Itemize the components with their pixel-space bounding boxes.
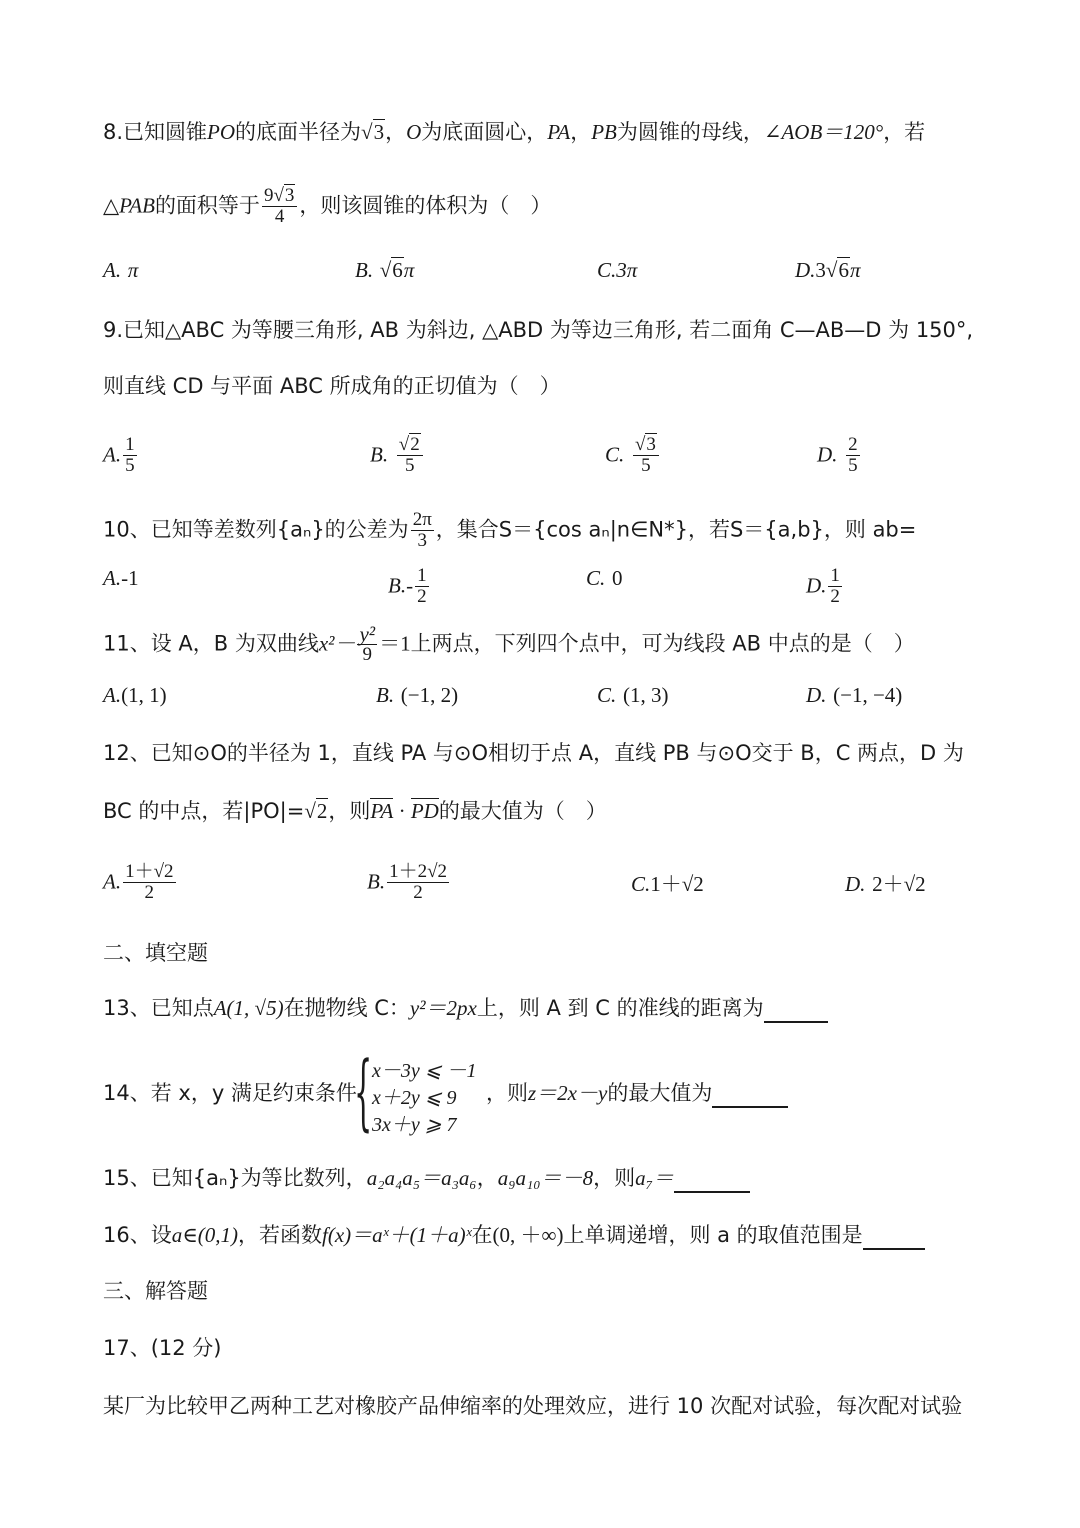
option-label: A. bbox=[103, 870, 121, 894]
math: ∠AOB＝120° bbox=[764, 120, 883, 144]
fraction: 2π3 bbox=[411, 510, 434, 551]
radicand: 6 bbox=[391, 257, 404, 282]
numerator: y² bbox=[357, 624, 377, 645]
q14-line: 14、若 x，y 满足约束条件 bbox=[103, 1078, 357, 1108]
q17-header: 17、(12 分) bbox=[103, 1333, 222, 1363]
option-label: B. bbox=[388, 574, 406, 598]
dot-operator: · bbox=[393, 799, 411, 823]
text: 11、设 A，B 为双曲线 bbox=[103, 632, 319, 656]
math: a₉a₁₀＝－8 bbox=[498, 1166, 593, 1190]
q12-option-a: A.1＋√22 bbox=[103, 862, 178, 903]
text: ，则 bbox=[593, 1166, 635, 1190]
q9-option-d: D. 25 bbox=[817, 435, 862, 476]
q13-line: 13、已知点A(1, √5)在抛物线 C：y²＝2px上，则 A 到 C 的准线… bbox=[103, 993, 828, 1023]
math: PA bbox=[547, 120, 570, 144]
text: 的最大值为（ ） bbox=[439, 799, 607, 823]
q9-line1: 9.已知△ABC 为等腰三角形, AB 为斜边, △ABD 为等边三角形, 若二… bbox=[103, 315, 973, 345]
option-value: 3π bbox=[616, 258, 637, 282]
denominator: 2 bbox=[828, 587, 842, 607]
math: PO bbox=[207, 120, 235, 144]
vector-pd: PD bbox=[411, 798, 439, 823]
text: 13、已知点 bbox=[103, 996, 214, 1020]
radicand: 3 bbox=[284, 184, 296, 206]
option-value: -1 bbox=[121, 566, 139, 590]
answer-blank[interactable] bbox=[764, 999, 828, 1023]
text: ， bbox=[570, 120, 591, 144]
option-value: 0 bbox=[612, 566, 623, 590]
option-value: π bbox=[850, 258, 861, 282]
q16-line: 16、设a∈(0,1)，若函数f(x)＝aˣ＋(1＋a)ˣ在(0, ＋∞)上单调… bbox=[103, 1220, 925, 1250]
q17-line1: 某厂为比较甲乙两种工艺对橡胶产品伸缩率的处理效应，进行 10 次配对试验，每次配… bbox=[103, 1391, 962, 1421]
denominator: 9 bbox=[361, 645, 375, 665]
radicand: 3 bbox=[373, 119, 386, 144]
option-label: D. bbox=[817, 443, 837, 467]
section-heading-solve: 三、解答题 bbox=[103, 1276, 208, 1306]
option-value: π bbox=[128, 258, 139, 282]
text: 上，则 A 到 C 的准线的距离为 bbox=[477, 996, 764, 1020]
option-value: 2＋√2 bbox=[872, 872, 926, 896]
math: A(1, √5) bbox=[214, 996, 284, 1020]
option-label: A. bbox=[103, 443, 121, 467]
q8-option-a: A. π bbox=[103, 258, 138, 283]
denominator: 2 bbox=[411, 883, 425, 903]
q12-option-c: C.1＋√2 bbox=[631, 868, 704, 898]
option-label: D. bbox=[806, 683, 826, 707]
text: ，则 bbox=[486, 1081, 528, 1105]
q10-option-d: D.12 bbox=[806, 566, 844, 607]
option-label: D. bbox=[845, 872, 865, 896]
radicand: 6 bbox=[837, 257, 850, 282]
math: y²＝2px bbox=[410, 996, 477, 1020]
option-label: B. bbox=[355, 258, 373, 282]
section-heading-fill-in: 二、填空题 bbox=[103, 938, 208, 968]
q9-line2: 则直线 CD 与平面 ABC 所成角的正切值为（ ） bbox=[103, 371, 561, 401]
q10-line: 10、已知等差数列{aₙ}的公差为2π3，集合S＝{cos aₙ|n∈N*}，若… bbox=[103, 510, 916, 551]
q14-tail: ，则z＝2x－y的最大值为 bbox=[486, 1078, 788, 1108]
text: 在抛物线 C： bbox=[284, 996, 410, 1020]
denominator: 2 bbox=[143, 883, 157, 903]
q11-option-d: D. (−1, −4) bbox=[806, 683, 902, 708]
text: 16、设 bbox=[103, 1223, 172, 1247]
option-value: (1, 3) bbox=[623, 683, 669, 707]
q8-option-b: B. √6π bbox=[355, 258, 414, 283]
numerator: 9√3 bbox=[262, 186, 297, 207]
denominator: 5 bbox=[639, 456, 653, 476]
text: ，若函数 bbox=[238, 1223, 322, 1247]
text: 为圆锥的母线， bbox=[617, 120, 764, 144]
math: a₂a₄a₅＝a₃a₆ bbox=[367, 1166, 477, 1190]
text: ，若 bbox=[883, 120, 925, 144]
math: f(x)＝aˣ＋(1＋a)ˣ bbox=[322, 1223, 471, 1247]
option-label: D. bbox=[806, 574, 826, 598]
text: ，则该圆锥的体积为（ ） bbox=[299, 194, 551, 218]
math: a∈(0,1) bbox=[172, 1223, 238, 1247]
q11-option-c: C. (1, 3) bbox=[597, 683, 668, 708]
numerator: 1＋2√2 bbox=[387, 862, 449, 883]
math: x²－ bbox=[319, 632, 356, 656]
q15-line: 15、已知{aₙ}为等比数列，a₂a₄a₅＝a₃a₆，a₉a₁₀＝－8，则a₇＝ bbox=[103, 1163, 750, 1193]
q10-option-c: C. 0 bbox=[586, 566, 622, 591]
math: ＝1 bbox=[379, 632, 411, 656]
option-value: (1, 1) bbox=[121, 683, 167, 707]
constraint-1: x－3y ⩽ －1 bbox=[372, 1054, 477, 1083]
denominator: 5 bbox=[123, 456, 137, 476]
text: ， bbox=[477, 1166, 498, 1190]
text: 的底面半径为 bbox=[235, 120, 361, 144]
denominator: 5 bbox=[403, 456, 417, 476]
option-label: C. bbox=[597, 258, 616, 282]
option-label: A. bbox=[103, 258, 121, 282]
fraction: 9√34 bbox=[262, 186, 297, 227]
text: 的面积等于 bbox=[155, 194, 260, 218]
text: ，则 bbox=[328, 799, 370, 823]
denominator: 5 bbox=[846, 456, 860, 476]
option-label: C. bbox=[631, 872, 650, 896]
q9-option-a: A.15 bbox=[103, 435, 139, 476]
option-label: D. bbox=[795, 258, 815, 282]
q10-option-a: A.-1 bbox=[103, 566, 139, 591]
option-label: A. bbox=[103, 566, 121, 590]
text: BC 的中点，若|PO|= bbox=[103, 799, 304, 823]
text: ， bbox=[385, 120, 406, 144]
radicand: 3 bbox=[645, 433, 657, 455]
denominator: 2 bbox=[415, 587, 429, 607]
fraction: y²9 bbox=[357, 624, 377, 665]
numerator: 2π bbox=[411, 510, 434, 531]
q9-option-c: C. √35 bbox=[605, 435, 661, 476]
radicand: 2 bbox=[409, 433, 421, 455]
option-label: C. bbox=[605, 443, 624, 467]
option-label: B. bbox=[367, 870, 385, 894]
q8-option-c: C.3π bbox=[597, 258, 637, 283]
answer-blank[interactable] bbox=[712, 1084, 788, 1108]
coef: 3 bbox=[815, 258, 826, 282]
numerator: 1 bbox=[415, 566, 429, 587]
option-label: B. bbox=[370, 443, 388, 467]
text: ，集合S＝{cos aₙ|n∈N*}，若S＝{a,b}，则 ab= bbox=[436, 518, 917, 542]
text: 8.已知圆锥 bbox=[103, 120, 207, 144]
text: 15、已知{aₙ}为等比数列， bbox=[103, 1166, 367, 1190]
option-value: (−1, 2) bbox=[401, 683, 458, 707]
sign: - bbox=[406, 574, 413, 598]
text: 上两点，下列四个点中，可为线段 AB 中点的是（ ） bbox=[411, 632, 915, 656]
text: 10、已知等差数列{aₙ}的公差为 bbox=[103, 518, 409, 542]
text: 的最大值为 bbox=[607, 1081, 712, 1105]
constraint-3: 3x＋y ⩾ 7 bbox=[372, 1108, 457, 1137]
q12-option-b: B.1＋2√22 bbox=[367, 862, 451, 903]
option-label: C. bbox=[597, 683, 616, 707]
denominator: 3 bbox=[415, 531, 429, 551]
text: 上单调递增，则 a 的取值范围是 bbox=[563, 1223, 862, 1247]
sqrt-expression: √3 bbox=[361, 117, 385, 147]
q11-option-a: A.(1, 1) bbox=[103, 683, 167, 708]
radicand: 2 bbox=[316, 798, 329, 823]
q11-option-b: B. (−1, 2) bbox=[376, 683, 458, 708]
numerator: 2 bbox=[846, 435, 860, 456]
option-value: (−1, −4) bbox=[833, 683, 902, 707]
numerator: 1 bbox=[123, 435, 137, 456]
text: 在 bbox=[472, 1223, 493, 1247]
q12-line2: BC 的中点，若|PO|=√2，则PA · PD的最大值为（ ） bbox=[103, 796, 607, 826]
option-value: 1＋√2 bbox=[650, 872, 704, 896]
answer-blank[interactable] bbox=[674, 1169, 750, 1193]
q10-option-b: B.-12 bbox=[388, 566, 431, 607]
option-label: A. bbox=[103, 683, 121, 707]
text: 为底面圆心， bbox=[421, 120, 547, 144]
math: △PAB bbox=[103, 194, 155, 218]
q9-option-b: B. √25 bbox=[370, 435, 425, 476]
option-value: π bbox=[404, 258, 415, 282]
denominator: 4 bbox=[273, 207, 287, 227]
vector-pa: PA bbox=[370, 798, 393, 823]
answer-blank[interactable] bbox=[863, 1226, 925, 1250]
coef: 9 bbox=[264, 185, 274, 206]
option-label: C. bbox=[586, 566, 605, 590]
constraint-2: x＋2y ⩽ 9 bbox=[372, 1081, 457, 1110]
q12-option-d: D. 2＋√2 bbox=[845, 868, 926, 898]
option-label: B. bbox=[376, 683, 394, 707]
numerator: 1 bbox=[828, 566, 842, 587]
q8-line2: △PAB的面积等于9√34，则该圆锥的体积为（ ） bbox=[103, 186, 551, 227]
numerator: 1＋√2 bbox=[123, 862, 175, 883]
math: z＝2x－y bbox=[528, 1081, 607, 1105]
math: a₇＝ bbox=[635, 1166, 674, 1190]
q8-option-d: D.3√6π bbox=[795, 258, 860, 283]
left-brace-icon: { bbox=[354, 1052, 372, 1134]
text: 14、若 x，y 满足约束条件 bbox=[103, 1081, 357, 1105]
q8-line1: 8.已知圆锥PO的底面半径为√3，O为底面圆心，PA，PB为圆锥的母线，∠AOB… bbox=[103, 117, 925, 147]
math: O bbox=[406, 120, 421, 144]
math: (0, ＋∞) bbox=[493, 1223, 564, 1247]
q12-line1: 12、已知⊙O的半径为 1，直线 PA 与⊙O相切于点 A，直线 PB 与⊙O交… bbox=[103, 738, 964, 768]
q11-line: 11、设 A，B 为双曲线x²－y²9＝1上两点，下列四个点中，可为线段 AB … bbox=[103, 624, 915, 665]
math: PB bbox=[591, 120, 617, 144]
